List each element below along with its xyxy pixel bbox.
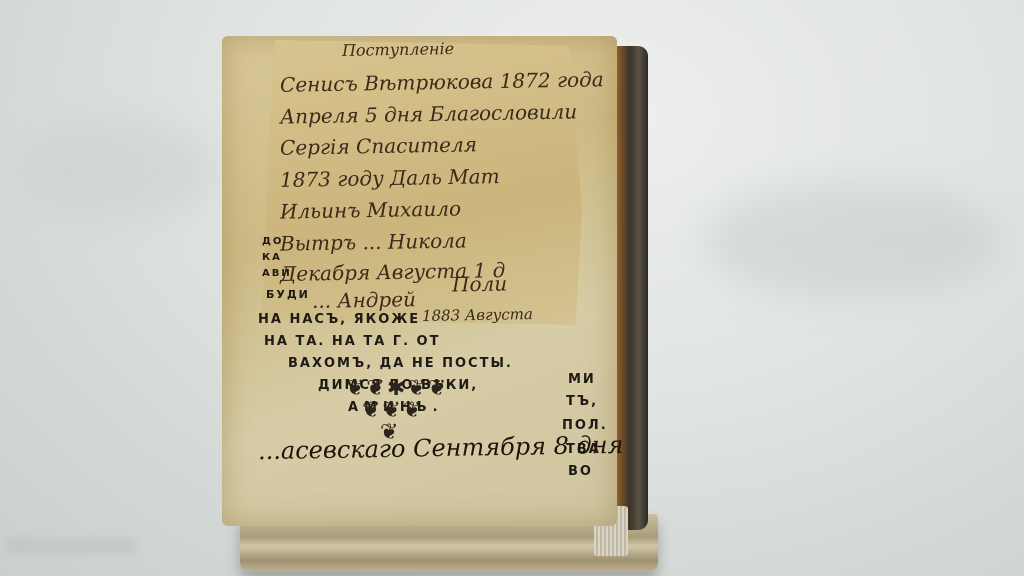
printed-line: ВАХОМЪ, ДА НЕ ПОСТЫ. <box>288 356 513 371</box>
handwritten-line: Вытръ ... Никола <box>280 228 467 255</box>
printed-line: НА НАСЪ, ЯКОЖЕ <box>258 312 420 327</box>
cloth-fold <box>20 120 220 220</box>
watermark-blur <box>6 538 136 554</box>
printed-fragment: МИ <box>568 372 596 387</box>
handwritten-signature: ...асевскаго Сентября 8 дня <box>258 431 624 465</box>
printed-line: НА ТА. НА ТА Г. ОТ <box>264 334 440 349</box>
handwritten-line: Ильинъ Михаило <box>280 196 461 223</box>
handwritten-line: Поли <box>452 272 508 297</box>
printed-fragment: АВИ <box>262 268 292 279</box>
handwritten-line: Поступленiе <box>342 39 454 60</box>
cloth-fold <box>700 180 1000 300</box>
book-page: Поступленiе Сенисъ Вѣтрюкова 1872 года А… <box>222 36 617 526</box>
printed-fragment: ТЪ, <box>566 394 598 409</box>
old-book: Поступленiе Сенисъ Вѣтрюкова 1872 года А… <box>222 36 652 546</box>
handwritten-line: 1883 Августа <box>422 305 533 325</box>
handwritten-line: Сергiя Спасителя <box>280 132 477 159</box>
printed-fragment: ВО <box>568 464 593 479</box>
handwritten-line: ... Андрей <box>312 287 416 313</box>
printed-fragment: ДО <box>262 236 283 247</box>
handwritten-line: 1873 году Даль Мат <box>280 164 500 192</box>
printed-fragment: БУДИ <box>266 288 310 301</box>
printed-fragment: КА <box>262 252 282 263</box>
